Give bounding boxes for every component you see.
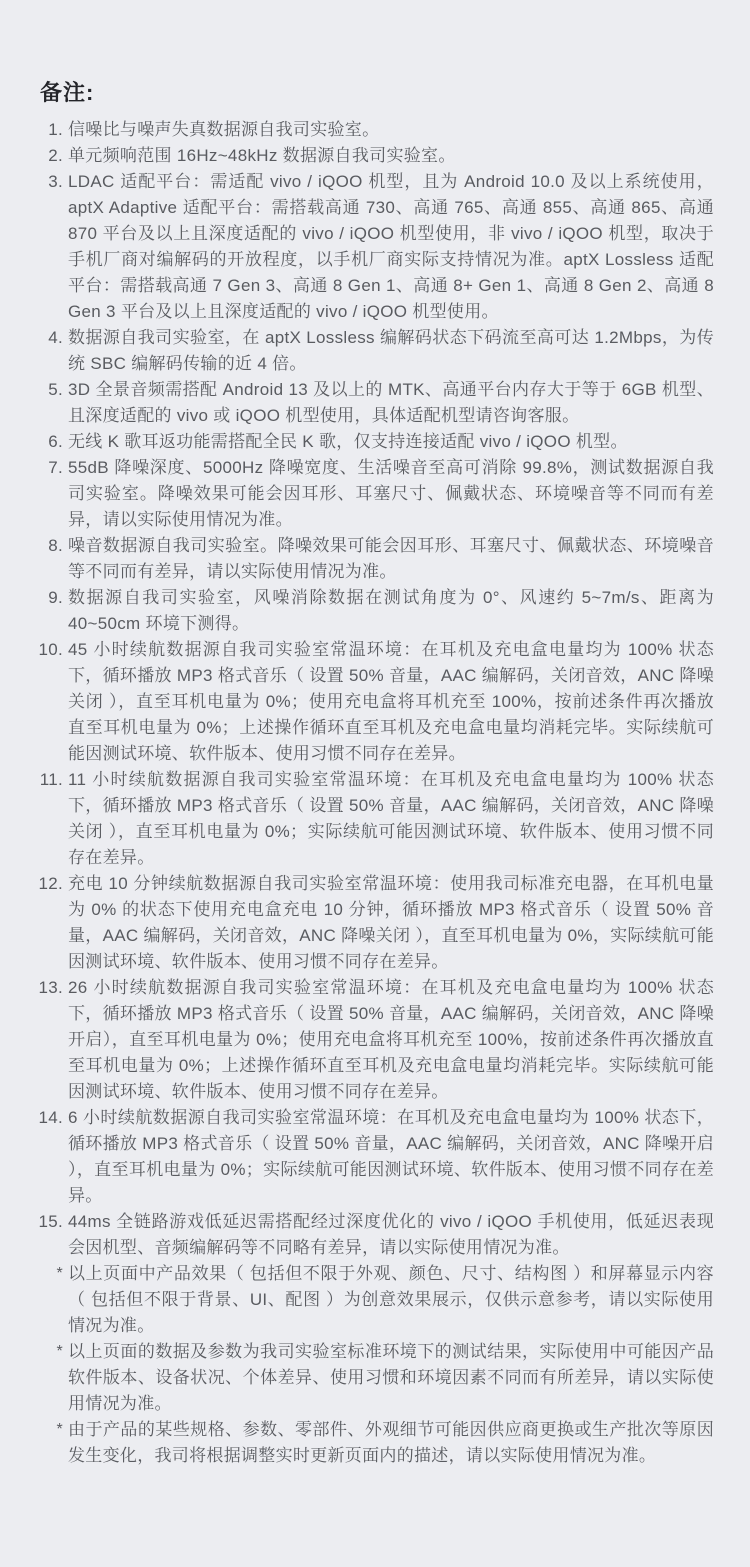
- note-item-number: 11.: [38, 767, 63, 793]
- note-item-text: 无线 K 歌耳返功能需搭配全民 K 歌，仅支持连接适配 vivo / iQOO …: [68, 432, 628, 451]
- note-item: 13. 26 小时续航数据源自我司实验室常温环境：在耳机及充电盒电量均为 100…: [38, 975, 714, 1105]
- note-item: 5. 3D 全景音频需搭配 Android 13 及以上的 MTK、高通平台内存…: [38, 377, 714, 429]
- note-item: 14. 6 小时续航数据源自我司实验室常温环境：在耳机及充电盒电量均为 100%…: [38, 1105, 714, 1209]
- note-item-text: 信噪比与噪声失真数据源自我司实验室。: [68, 120, 379, 139]
- note-item-text: 44ms 全链路游戏低延迟需搭配经过深度优化的 vivo / iQOO 手机使用…: [68, 1212, 714, 1257]
- note-item: 11. 11 小时续航数据源自我司实验室常温环境：在耳机及充电盒电量均为 100…: [38, 767, 714, 871]
- note-item-number: 9.: [38, 585, 63, 611]
- asterisk-marker: *: [38, 1417, 63, 1443]
- note-item-text: 6 小时续航数据源自我司实验室常温环境：在耳机及充电盒电量均为 100% 状态下…: [68, 1108, 714, 1205]
- disclaimer-item: * 以上页面的数据及参数为我司实验室标准环境下的测试结果，实际使用中可能因产品软…: [38, 1339, 714, 1417]
- asterisk-marker: *: [38, 1339, 63, 1365]
- note-item-number: 4.: [38, 325, 63, 351]
- note-item: 9. 数据源自我司实验室，风噪消除数据在测试角度为 0°、风速约 5~7m/s、…: [38, 585, 714, 637]
- note-item: 15. 44ms 全链路游戏低延迟需搭配经过深度优化的 vivo / iQOO …: [38, 1209, 714, 1261]
- note-item-number: 6.: [38, 429, 63, 455]
- note-item: 10. 45 小时续航数据源自我司实验室常温环境：在耳机及充电盒电量均为 100…: [38, 637, 714, 767]
- note-item-text: 噪音数据源自我司实验室。降噪效果可能会因耳形、耳塞尺寸、佩戴状态、环境噪音等不同…: [68, 536, 714, 581]
- note-item-text: 充电 10 分钟续航数据源自我司实验室常温环境：使用我司标准充电器，在耳机电量为…: [68, 874, 714, 971]
- note-item-text: LDAC 适配平台：需适配 vivo / iQOO 机型，且为 Android …: [68, 172, 714, 321]
- note-item-text: 26 小时续航数据源自我司实验室常温环境：在耳机及充电盒电量均为 100% 状态…: [68, 978, 714, 1101]
- notes-page: 备注: 1. 信噪比与噪声失真数据源自我司实验室。 2. 单元频响范围 16Hz…: [0, 0, 750, 1469]
- note-item: 8. 噪音数据源自我司实验室。降噪效果可能会因耳形、耳塞尺寸、佩戴状态、环境噪音…: [38, 533, 714, 585]
- note-item-text: 数据源自我司实验室，风噪消除数据在测试角度为 0°、风速约 5~7m/s、距离为…: [68, 588, 714, 633]
- note-item-number: 12.: [38, 871, 63, 897]
- note-item-number: 15.: [38, 1209, 63, 1235]
- note-item-text: 3D 全景音频需搭配 Android 13 及以上的 MTK、高通平台内存大于等…: [68, 380, 714, 425]
- disclaimer-item: * 由于产品的某些规格、参数、零部件、外观细节可能因供应商更换或生产批次等原因发…: [38, 1417, 714, 1469]
- note-item: 7. 55dB 降噪深度、5000Hz 降噪宽度、生活噪音至高可消除 99.8%…: [38, 455, 714, 533]
- note-item-number: 2.: [38, 143, 63, 169]
- note-item: 12. 充电 10 分钟续航数据源自我司实验室常温环境：使用我司标准充电器，在耳…: [38, 871, 714, 975]
- disclaimer-item-text: 由于产品的某些规格、参数、零部件、外观细节可能因供应商更换或生产批次等原因发生变…: [68, 1420, 714, 1465]
- note-item-number: 3.: [38, 169, 63, 195]
- note-item-text: 单元频响范围 16Hz~48kHz 数据源自我司实验室。: [68, 146, 456, 165]
- note-item: 2. 单元频响范围 16Hz~48kHz 数据源自我司实验室。: [38, 143, 714, 169]
- note-item-number: 13.: [38, 975, 63, 1001]
- note-item-number: 10.: [38, 637, 63, 663]
- note-item-text: 数据源自我司实验室，在 aptX Lossless 编解码状态下码流至高可达 1…: [68, 328, 714, 373]
- disclaimer-list: * 以上页面中产品效果（ 包括但不限于外观、颜色、尺寸、结构图 ）和屏幕显示内容…: [38, 1261, 714, 1469]
- note-item-number: 7.: [38, 455, 63, 481]
- note-item: 1. 信噪比与噪声失真数据源自我司实验室。: [38, 117, 714, 143]
- note-item-number: 8.: [38, 533, 63, 559]
- note-item-text: 45 小时续航数据源自我司实验室常温环境：在耳机及充电盒电量均为 100% 状态…: [68, 640, 714, 763]
- notes-title: 备注:: [40, 80, 714, 106]
- note-item: 4. 数据源自我司实验室，在 aptX Lossless 编解码状态下码流至高可…: [38, 325, 714, 377]
- note-item-number: 14.: [38, 1105, 63, 1131]
- disclaimer-item-text: 以上页面的数据及参数为我司实验室标准环境下的测试结果，实际使用中可能因产品软件版…: [68, 1342, 714, 1413]
- note-item-text: 11 小时续航数据源自我司实验室常温环境：在耳机及充电盒电量均为 100% 状态…: [68, 770, 714, 867]
- note-item: 3. LDAC 适配平台：需适配 vivo / iQOO 机型，且为 Andro…: [38, 169, 714, 325]
- disclaimer-item: * 以上页面中产品效果（ 包括但不限于外观、颜色、尺寸、结构图 ）和屏幕显示内容…: [38, 1261, 714, 1339]
- note-item-text: 55dB 降噪深度、5000Hz 降噪宽度、生活噪音至高可消除 99.8%，测试…: [68, 458, 714, 529]
- numbered-notes-list: 1. 信噪比与噪声失真数据源自我司实验室。 2. 单元频响范围 16Hz~48k…: [38, 117, 714, 1261]
- disclaimer-item-text: 以上页面中产品效果（ 包括但不限于外观、颜色、尺寸、结构图 ）和屏幕显示内容（ …: [68, 1264, 714, 1335]
- note-item-number: 5.: [38, 377, 63, 403]
- note-item: 6. 无线 K 歌耳返功能需搭配全民 K 歌，仅支持连接适配 vivo / iQ…: [38, 429, 714, 455]
- note-item-number: 1.: [38, 117, 63, 143]
- asterisk-marker: *: [38, 1261, 63, 1287]
